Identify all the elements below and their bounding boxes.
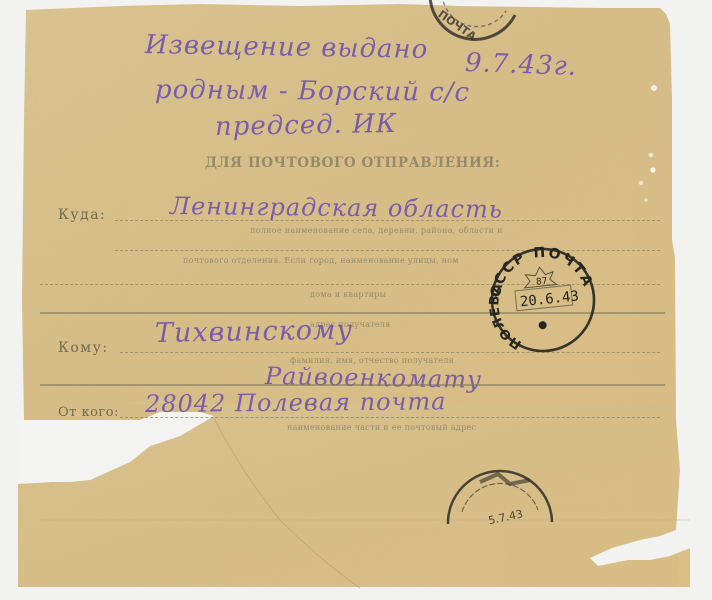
to-where-label: Куда: [58,207,106,223]
postmark-bottom: 5.7.43 [440,452,560,532]
to-where-hint-3: дома и квартиры [310,290,386,299]
to-where-hint-2: почтового отделения. Если город, наимено… [183,256,459,265]
note-date: 9.7.43г. [464,48,577,82]
to-where-value: Ленинградская область [170,192,503,223]
note-line-1: Извещение выдано [145,30,429,65]
postmark-top: ПОЧТА [420,0,530,50]
section-divider-2 [40,384,665,386]
bottom-stamp-date: 5.7.43 [487,507,524,527]
to-where-hint-1: полное наименование села, деревни, район… [250,226,503,235]
postmark-field-post: СССР ПОЧТА ПОЛЕВАЯ 87 20.6.43 [478,240,608,360]
note-text: Извещение выдано [145,30,429,65]
note-line-2: родным - Борский с/с [155,75,470,108]
stamp-number: 87 [536,276,548,287]
from-whom-hint: наименование части и ее почтовый адрес [287,423,476,432]
stamp-date: 20.6.43 [519,288,579,310]
form-heading: ДЛЯ ПОЧТОВОГО ОТПРАВЛЕНИЯ: [205,155,500,171]
from-whom-label: От кого: [58,405,119,420]
to-whom-value-1: Тихвинскому [155,315,354,349]
from-whom-value: 28042 Полевая почта [145,387,447,418]
note-line-3: председ. ИК [215,109,398,142]
to-whom-label: Кому: [58,340,109,356]
